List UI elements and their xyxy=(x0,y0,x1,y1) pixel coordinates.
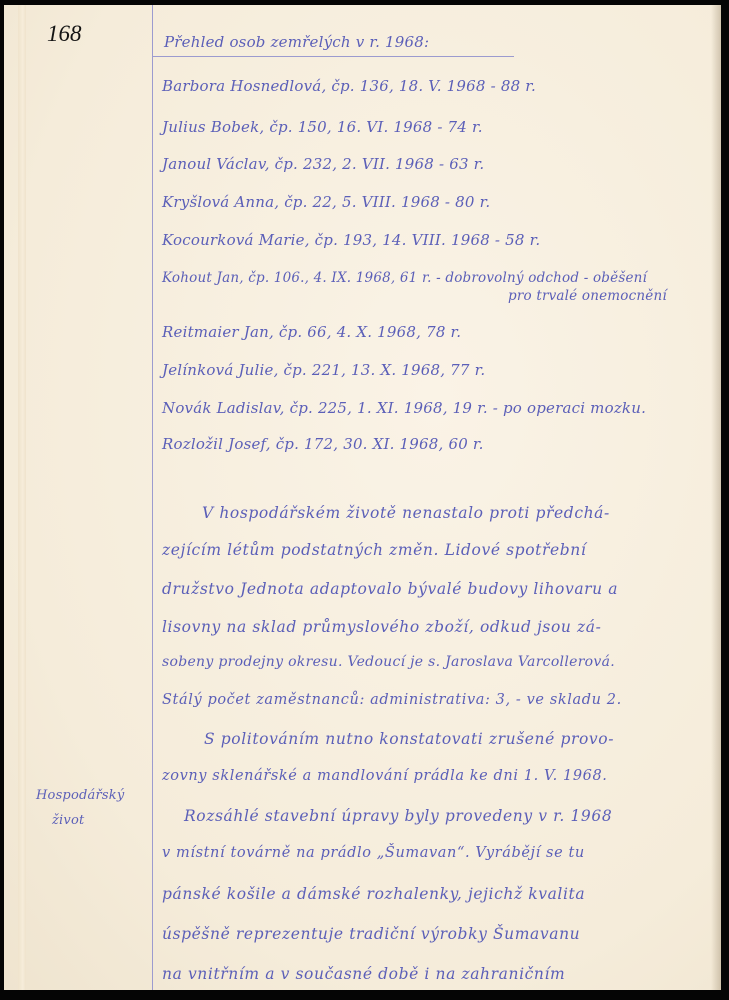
death-entry: Reitmaier Jan, čp. 66, 4. X. 1968, 78 r. xyxy=(162,323,461,341)
margin-rule xyxy=(152,5,153,990)
paragraph-line: družstvo Jednota adaptovalo bývalé budov… xyxy=(162,580,618,598)
death-entry: Janoul Václav, čp. 232, 2. VII. 1968 - 6… xyxy=(162,155,484,173)
section-title: Přehled osob zemřelých v r. 1968: xyxy=(164,33,429,51)
title-underline xyxy=(152,56,514,57)
paragraph-line: Stálý počet zaměstnanců: administrativa:… xyxy=(162,692,622,708)
death-entry: Kocourková Marie, čp. 193, 14. VIII. 196… xyxy=(162,231,540,249)
paragraph-line: na vnitřním a v současné době i na zahra… xyxy=(162,965,565,983)
paragraph-line: sobeny prodejny okresu. Vedoucí je s. Ja… xyxy=(162,654,615,670)
death-entry: Rozložil Josef, čp. 172, 30. XI. 1968, 6… xyxy=(162,435,484,453)
death-entry: Novák Ladislav, čp. 225, 1. XI. 1968, 19… xyxy=(162,399,646,417)
paragraph-line: Rozsáhlé stavební úpravy byly provedeny … xyxy=(184,807,612,825)
death-entry: Kohout Jan, čp. 106., 4. IX. 1968, 61 r.… xyxy=(162,270,647,286)
paragraph-line: v místní továrně na prádlo „Šumavan“. Vy… xyxy=(162,845,585,861)
paragraph-line: lisovny na sklad průmyslového zboží, odk… xyxy=(162,618,601,636)
paragraph-line: zejícím létům podstatných změn. Lidové s… xyxy=(162,541,586,559)
binding-fold xyxy=(18,5,26,990)
death-entry: Barbora Hosnedlová, čp. 136, 18. V. 1968… xyxy=(162,77,536,95)
death-entry: Julius Bobek, čp. 150, 16. VI. 1968 - 74… xyxy=(162,118,483,136)
paragraph-line: V hospodářském životě nenastalo proti př… xyxy=(202,504,610,522)
ledger-page: 168 Přehled osob zemřelých v r. 1968: Ba… xyxy=(4,5,721,990)
paragraph-line: úspěšně reprezentuje tradiční výrobky Šu… xyxy=(162,925,580,943)
margin-note: život xyxy=(52,813,84,828)
paragraph-line: pánské košile a dámské rozhalenky, jejic… xyxy=(162,885,585,903)
death-entry-note: pro trvalé onemocnění xyxy=(508,288,667,304)
margin-note: Hospodářský xyxy=(36,788,124,803)
page-edge-shadow xyxy=(711,5,721,990)
page-number: 168 xyxy=(47,21,82,47)
death-entry: Kryšlová Anna, čp. 22, 5. VIII. 1968 - 8… xyxy=(162,193,490,211)
paragraph-line: zovny sklenářské a mandlování prádla ke … xyxy=(162,768,608,784)
paragraph-line: S politováním nutno konstatovati zrušené… xyxy=(204,730,614,748)
death-entry: Jelínková Julie, čp. 221, 13. X. 1968, 7… xyxy=(162,361,485,379)
